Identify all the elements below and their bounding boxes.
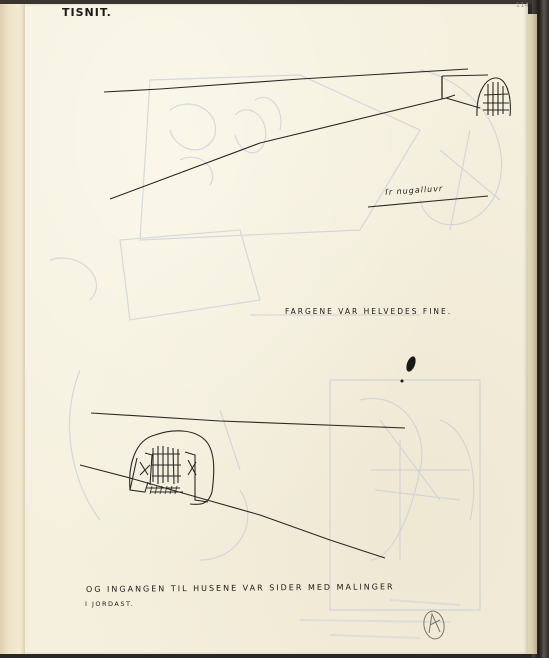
top-perspective-sketch — [104, 69, 510, 199]
stamp-circle-icon — [422, 609, 447, 640]
page-number: 114 — [516, 2, 529, 9]
page-title: TISNIT. — [62, 6, 112, 19]
ink-blot — [401, 355, 418, 382]
page-drawings — [0, 0, 549, 658]
scribble-underline — [368, 196, 488, 207]
caption-bottom-line2: I JORDAST. — [85, 600, 134, 608]
caption-middle: FARGENE VAR HELVEDES FINE. — [285, 307, 452, 316]
bleed-through-drawing — [50, 70, 502, 638]
